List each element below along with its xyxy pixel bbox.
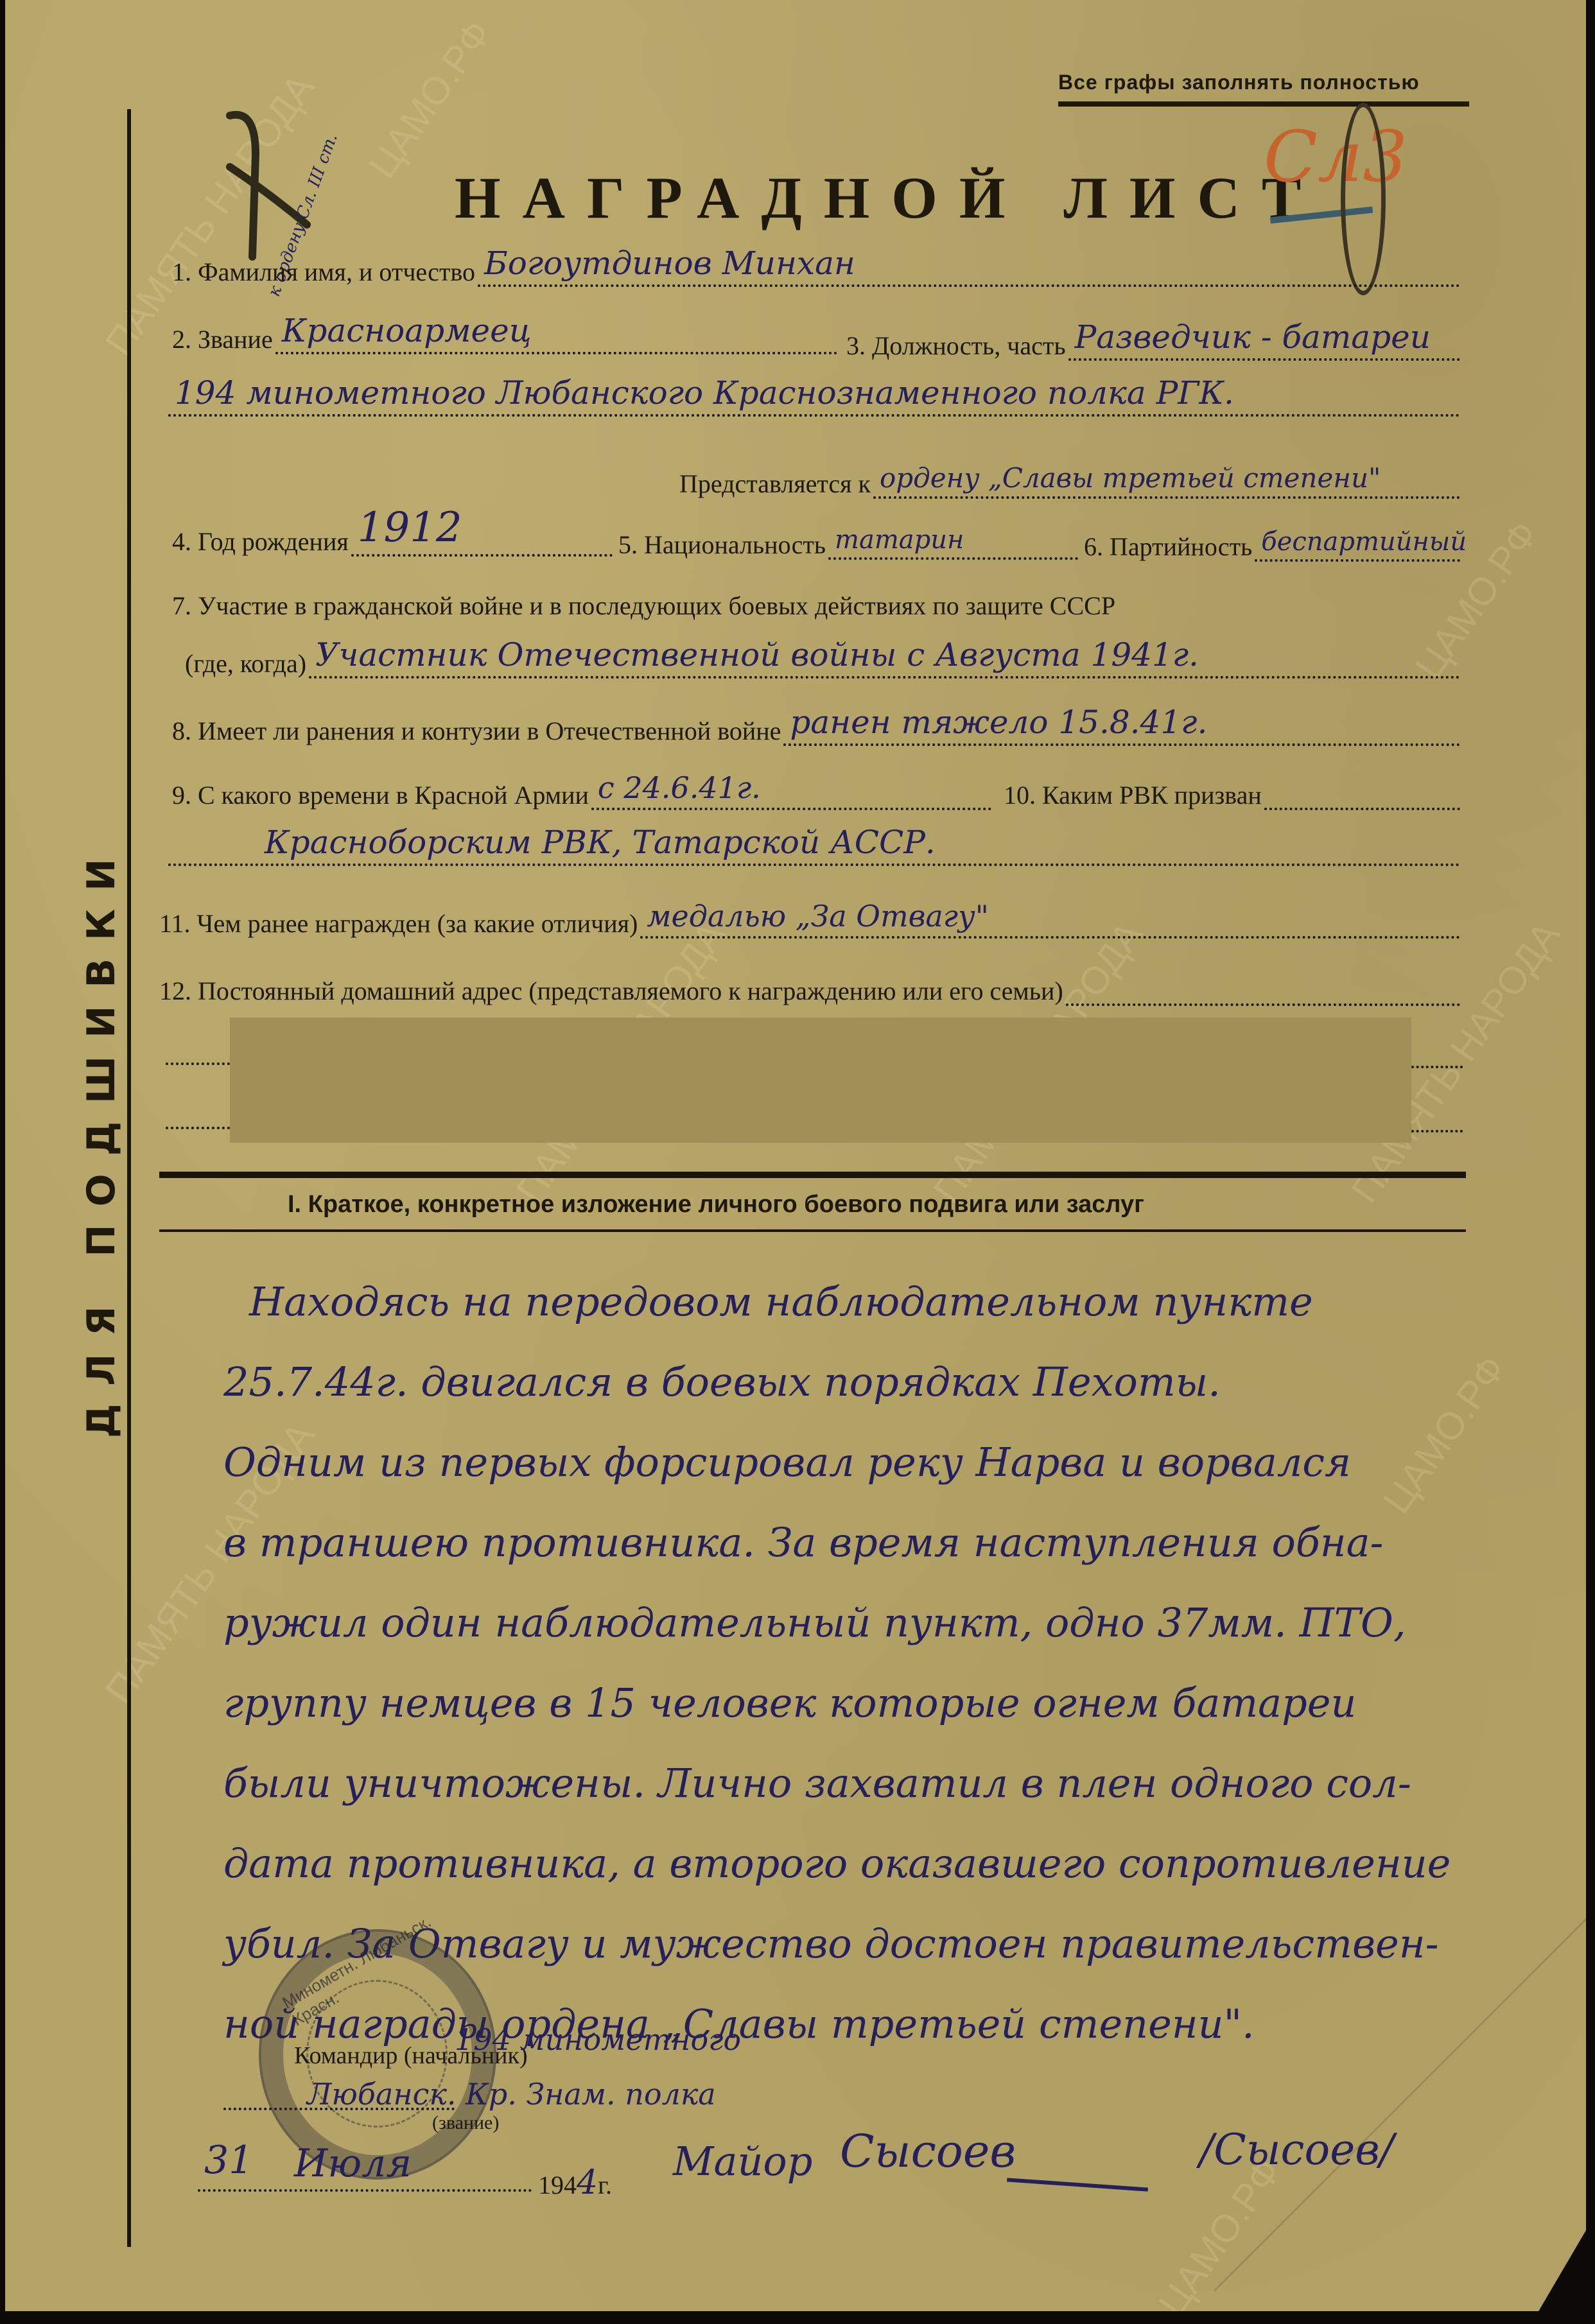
- narrative-line: были уничтожены. Лично захватил в плен о…: [223, 1743, 1527, 1823]
- signer-rank: Майор: [673, 2138, 812, 2185]
- field-birth-year: 4. Год рождения 1912: [172, 526, 615, 557]
- redacted-address-block: [230, 1018, 1411, 1143]
- field-civil-war: (где, когда) Участник Отечественной войн…: [185, 648, 1463, 679]
- wounds-value: ранен тяжело 15.8.41г.: [790, 704, 1207, 741]
- field-presented-to: Представляется к ордену „Славы третьей с…: [679, 469, 1463, 499]
- party-value: беспартийный: [1261, 527, 1467, 557]
- signer-name: /Сысоев/: [1199, 2125, 1394, 2174]
- narrative-line: группу немцев в 15 человек которые огнем…: [223, 1663, 1527, 1743]
- field-party: 6. Партийность беспартийный: [1084, 532, 1463, 562]
- field-full-name: 1. Фамилия имя, и отчество Богоутдинов М…: [172, 257, 1463, 287]
- nationality-value: татарин: [835, 525, 964, 555]
- address-line: [1411, 1130, 1463, 1132]
- date-year: 1944г.: [538, 2164, 612, 2202]
- field-position-unit: 3. Должность, часть Разведчик - батареи: [846, 331, 1463, 361]
- section-divider: [159, 1229, 1466, 1232]
- watermark: ЦАМО.РФ: [360, 12, 500, 186]
- army-since-value: с 24.6.41г.: [598, 770, 761, 805]
- rank-line: [223, 2108, 455, 2110]
- address-line: [1411, 1066, 1463, 1068]
- date-day: 31: [204, 2138, 253, 2183]
- field-wounds: 8. Имеет ли ранения и контузии в Отечест…: [172, 716, 1463, 746]
- section-divider: [159, 1172, 1466, 1178]
- narrative-line: Одним из первых форсировал реку Нарва и …: [223, 1422, 1527, 1502]
- fill-notice-underline: [1058, 101, 1469, 107]
- previous-awards-value: медалью „За Отвагу": [647, 899, 989, 933]
- unit-value: 194 минометного Любанского Краснознаменн…: [175, 374, 1234, 412]
- field-rvk-value-line: Красноборским РВК, Татарской АССР.: [166, 838, 1463, 866]
- date-month: Июля: [294, 2141, 412, 2186]
- position-value: Разведчик - батареи: [1075, 318, 1431, 356]
- date-line: [198, 2189, 532, 2192]
- signature: Сысоев: [840, 2125, 1016, 2178]
- narrative-line: 25.7.44г. двигался в боевых порядках Пех…: [223, 1342, 1527, 1422]
- fill-notice: Все графы заполнять полностью: [1058, 71, 1420, 94]
- award-value: ордену „Славы третьей степени": [880, 462, 1381, 494]
- narrative-line: дата противника, а второго оказавшего со…: [223, 1823, 1527, 1903]
- narrative-line: в траншею противника. За время наступлен…: [223, 1502, 1527, 1583]
- archive-red-mark: Сл3: [1264, 116, 1408, 198]
- rvk-value: Красноборским РВК, Татарской АССР.: [265, 824, 936, 861]
- commander-unit-line1: 194 минометного: [455, 2022, 741, 2057]
- field-nationality: 5. Национальность татарин: [618, 530, 1081, 560]
- rank-caption: (звание): [432, 2112, 499, 2134]
- full-name-value: Богоутдинов Минхан: [484, 245, 855, 282]
- field-army-since: 9. С какого времени в Красной Армии с 24…: [172, 780, 994, 810]
- signature-flourish: [1007, 2178, 1148, 2191]
- narrative-line: ружил один наблюдательный пункт, одно 37…: [223, 1583, 1527, 1663]
- birth-year-value: 1912: [358, 504, 462, 551]
- field-civil-war-label: 7. Участие в гражданской войне и в после…: [172, 591, 1463, 621]
- address-line: [166, 1062, 230, 1065]
- field-previous-awards: 11. Чем ранее награжден (за какие отличи…: [159, 908, 1463, 939]
- war-participation-value: Участник Отечественной войны с Августа 1…: [315, 636, 1199, 673]
- award-sheet-page: ПАМЯТЬ НАРОДА ЦАМО.РФ ЦАМО.РФ ПАМЯТЬ НАР…: [5, 0, 1586, 2311]
- rank-value: Красноармеец: [282, 312, 532, 349]
- address-line: [166, 1127, 230, 1129]
- commander-unit-line2: Любанск. Кр. Знам. полка: [307, 2077, 716, 2112]
- field-rvk: 10. Каким РВК призван: [1004, 780, 1463, 810]
- section-feat-title: I. Краткое, конкретное изложение личного…: [288, 1191, 1144, 1218]
- document-title: НАГРАДНОЙ ЛИСТ: [455, 164, 1323, 232]
- field-home-address: 12. Постоянный домашний адрес (представл…: [159, 976, 1463, 1006]
- field-position-unit-continued: 194 минометного Любанского Краснознаменн…: [166, 388, 1463, 417]
- field-rank: 2. Звание Красноармеец: [172, 324, 840, 354]
- narrative-line: Находясь на передовом наблюдательном пун…: [223, 1262, 1527, 1342]
- binding-label: ДЛЯ ПОДШИВКИ: [79, 770, 137, 1509]
